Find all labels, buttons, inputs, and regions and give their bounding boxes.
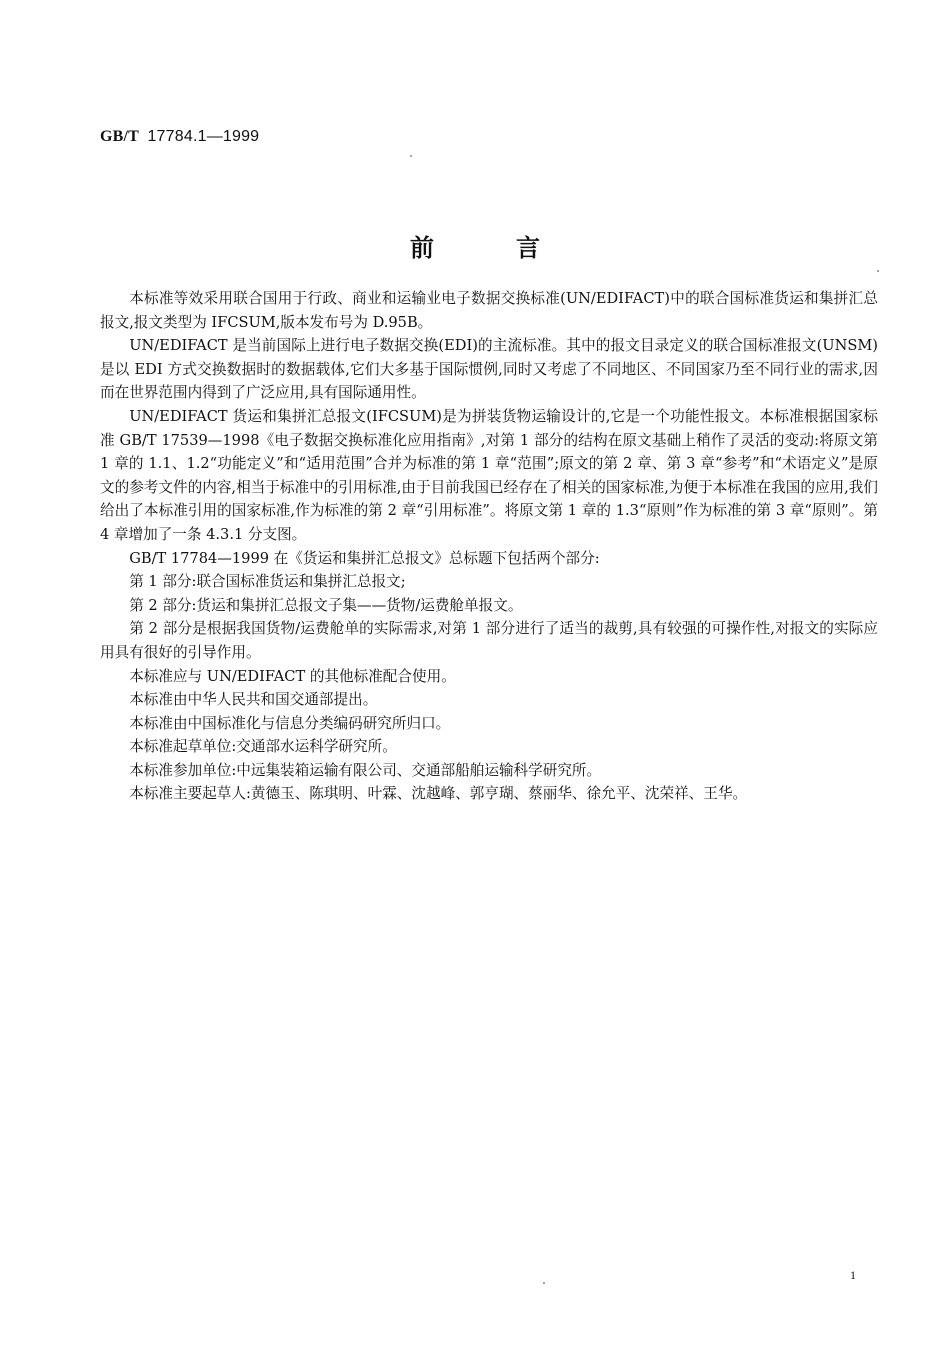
paragraph: 第 2 部分:货运和集拼汇总报文子集——货物/运费舱单报文。 — [100, 594, 878, 618]
paragraph: 本标准等效采用联合国用于行政、商业和运输业电子数据交换标准(UN/EDIFACT… — [100, 287, 878, 334]
paragraph: 第 1 部分:联合国标准货运和集拼汇总报文; — [100, 570, 878, 594]
title-char-2: 言 — [516, 228, 540, 263]
paragraph: 本标准由中华人民共和国交通部提出。 — [100, 688, 878, 712]
foreword-body: 本标准等效采用联合国用于行政、商业和运输业电子数据交换标准(UN/EDIFACT… — [100, 287, 878, 806]
page-number: 1 — [850, 1268, 856, 1283]
paragraph: UN/EDIFACT 是当前国际上进行电子数据交换(EDI)的主流标准。其中的报… — [100, 334, 878, 405]
page-title: 前言 — [0, 228, 950, 263]
scan-speck — [877, 270, 879, 272]
standard-code: GB/T 17784.1—1999 — [100, 128, 259, 146]
paragraph: 本标准参加单位:中远集装箱运输有限公司、交通部船舶运输科学研究所。 — [100, 759, 878, 783]
paragraph: 本标准由中国标准化与信息分类编码研究所归口。 — [100, 712, 878, 736]
paragraph: 本标准主要起草人:黄德玉、陈琪明、叶霖、沈越峰、郭亨瑚、蔡丽华、徐允平、沈荣祥、… — [100, 782, 878, 806]
paragraph: GB/T 17784—1999 在《货运和集拼汇总报文》总标题下包括两个部分: — [100, 547, 878, 571]
title-char-1: 前 — [410, 228, 434, 263]
paragraph: UN/EDIFACT 货运和集拼汇总报文(IFCSUM)是为拼装货物运输设计的,… — [100, 405, 878, 547]
paragraph: 本标准起草单位:交通部水运科学研究所。 — [100, 735, 878, 759]
paragraph: 本标准应与 UN/EDIFACT 的其他标准配合使用。 — [100, 665, 878, 689]
scan-speck — [410, 155, 412, 157]
standard-prefix: GB/T — [100, 128, 139, 145]
paragraph: 第 2 部分是根据我国货物/运费舱单的实际需求,对第 1 部分进行了适当的裁剪,… — [100, 617, 878, 664]
standard-number: 17784.1—1999 — [147, 128, 259, 145]
scan-speck — [543, 1282, 545, 1284]
